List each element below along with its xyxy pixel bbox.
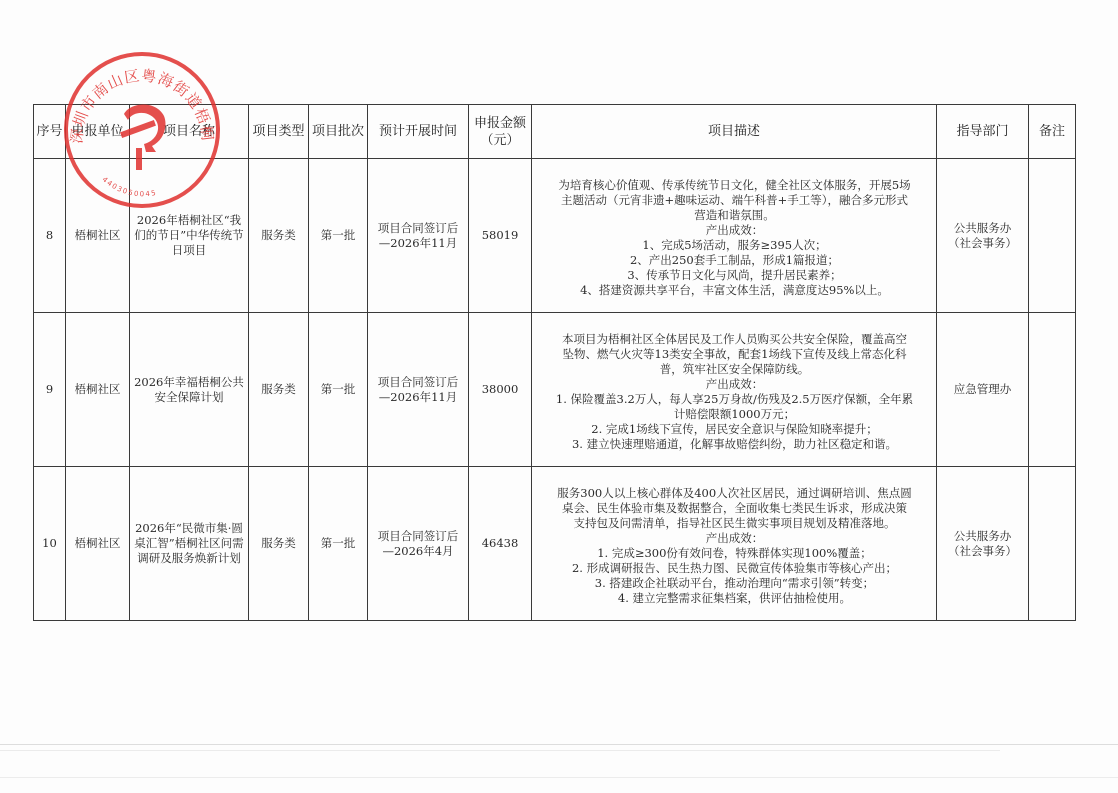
amount-value: 46438 <box>482 536 519 550</box>
dept-line-1: 公共服务办 <box>937 529 1028 544</box>
desc-line: 本项目为梧桐社区全体居民及工作人员购买公共安全保险，覆盖高空 <box>535 332 934 347</box>
cell-type: 服务类 <box>249 313 309 467</box>
header-amount: 申报金额 （元） <box>469 105 532 159</box>
time-line-2: —2026年11月 <box>368 390 468 405</box>
cell-remark <box>1029 159 1076 313</box>
cell-remark <box>1029 313 1076 467</box>
cell-seq: 9 <box>34 313 66 467</box>
desc-line: 2. 完成1场线下宣传，居民安全意识与保险知晓率提升； <box>535 422 934 437</box>
header-seq: 序号 <box>34 105 66 159</box>
cell-unit: 梧桐社区 <box>66 467 130 621</box>
cell-unit: 梧桐社区 <box>66 159 130 313</box>
dept-line-1: 公共服务办 <box>937 221 1028 236</box>
time-line-1: 项目合同签订后 <box>368 221 468 236</box>
time-line-1: 项目合同签订后 <box>368 529 468 544</box>
header-batch: 项目批次 <box>309 105 368 159</box>
seq-value: 10 <box>42 536 57 550</box>
header-name: 项目名称 <box>130 105 249 159</box>
desc-line: 1、完成5场活动，服务≥395人次； <box>535 238 934 253</box>
table-row: 8梧桐社区2026年梧桐社区“我们的节日”中华传统节日项目服务类第一批项目合同签… <box>34 159 1076 313</box>
cell-remark <box>1029 467 1076 621</box>
cell-batch: 第一批 <box>309 159 368 313</box>
type-value: 服务类 <box>261 536 296 550</box>
cell-batch: 第一批 <box>309 313 368 467</box>
unit-value: 梧桐社区 <box>75 228 121 242</box>
table-row: 10梧桐社区2026年“民微市集·圆桌汇智”梧桐社区问需调研及服务焕新计划服务类… <box>34 467 1076 621</box>
header-remark: 备注 <box>1029 105 1076 159</box>
batch-value: 第一批 <box>321 228 356 242</box>
batch-value: 第一批 <box>321 536 356 550</box>
cell-unit: 梧桐社区 <box>66 313 130 467</box>
cell-time: 项目合同签订后—2026年11月 <box>368 159 469 313</box>
header-type: 项目类型 <box>249 105 309 159</box>
header-desc: 项目描述 <box>532 105 937 159</box>
desc-line: 桌会、民生体验市集及数据整合，全面收集七类民生诉求，形成决策 <box>535 501 934 516</box>
cell-batch: 第一批 <box>309 467 368 621</box>
cell-name: 2026年幸福梧桐公共安全保障计划 <box>130 313 249 467</box>
cell-type: 服务类 <box>249 159 309 313</box>
header-dept: 指导部门 <box>937 105 1029 159</box>
time-line-2: —2026年4月 <box>368 544 468 559</box>
seq-value: 9 <box>46 382 53 396</box>
desc-line: 坠物、燃气火灾等13类安全事故，配套1场线下宣传及线上常态化科 <box>535 347 934 362</box>
project-name: 2026年“民微市集·圆桌汇智”梧桐社区问需调研及服务焕新计划 <box>134 521 243 565</box>
project-table: 序号 申报单位 项目名称 项目类型 项目批次 预计开展时间 申报金额 （元） 项… <box>33 104 1076 621</box>
desc-line: 4. 建立完整需求征集档案，供评估抽检使用。 <box>535 591 934 606</box>
cell-amount: 46438 <box>469 467 532 621</box>
dept-line-1: 应急管理办 <box>937 382 1028 397</box>
cell-desc: 服务300人以上核心群体及400人次社区居民，通过调研培训、焦点圆桌会、民生体验… <box>532 467 937 621</box>
desc-line: 2、产出250套手工制品，形成1篇报道； <box>535 253 934 268</box>
cell-amount: 38000 <box>469 313 532 467</box>
desc-line: 主题活动（元宵非遗+趣味运动、端午科普+手工等），融合多元形式 <box>535 193 934 208</box>
unit-value: 梧桐社区 <box>75 536 121 550</box>
dept-line-2: （社会事务） <box>937 236 1028 251</box>
header-amount-unit: （元） <box>469 132 531 149</box>
batch-value: 第一批 <box>321 382 356 396</box>
cell-name: 2026年梧桐社区“我们的节日”中华传统节日项目 <box>130 159 249 313</box>
desc-line: 产出成效： <box>535 377 934 392</box>
desc-line: 支持包及问需清单，指导社区民生微实事项目规划及精准落地。 <box>535 516 934 531</box>
cell-dept: 公共服务办（社会事务） <box>937 159 1029 313</box>
table-row: 9梧桐社区2026年幸福梧桐公共安全保障计划服务类第一批项目合同签订后—2026… <box>34 313 1076 467</box>
cell-dept: 应急管理办 <box>937 313 1029 467</box>
desc-line: 3. 搭建政企社联动平台，推动治理向“需求引领”转变； <box>535 576 934 591</box>
cell-time: 项目合同签订后—2026年4月 <box>368 467 469 621</box>
time-line-1: 项目合同签订后 <box>368 375 468 390</box>
cell-seq: 10 <box>34 467 66 621</box>
desc-line: 产出成效： <box>535 531 934 546</box>
table-header-row: 序号 申报单位 项目名称 项目类型 项目批次 预计开展时间 申报金额 （元） 项… <box>34 105 1076 159</box>
type-value: 服务类 <box>261 382 296 396</box>
project-name: 2026年幸福梧桐公共安全保障计划 <box>134 375 244 404</box>
cell-seq: 8 <box>34 159 66 313</box>
desc-line: 3. 建立快速理赔通道，化解事故赔偿纠纷，助力社区稳定和谐。 <box>535 437 934 452</box>
cell-desc: 本项目为梧桐社区全体居民及工作人员购买公共安全保险，覆盖高空坠物、燃气火灾等13… <box>532 313 937 467</box>
unit-value: 梧桐社区 <box>75 382 121 396</box>
desc-line: 4、搭建资源共享平台，丰富文体生活，满意度达95%以上。 <box>535 283 934 298</box>
cell-dept: 公共服务办（社会事务） <box>937 467 1029 621</box>
amount-value: 58019 <box>482 228 519 242</box>
amount-value: 38000 <box>482 382 519 396</box>
header-time: 预计开展时间 <box>368 105 469 159</box>
header-unit: 申报单位 <box>66 105 130 159</box>
desc-line: 1. 保险覆盖3.2万人，每人享25万身故/伤残及2.5万医疗保额，全年累 <box>535 392 934 407</box>
dept-line-2: （社会事务） <box>937 544 1028 559</box>
desc-line: 为培育核心价值观、传承传统节日文化，健全社区文体服务，开展5场 <box>535 178 934 193</box>
time-line-2: —2026年11月 <box>368 236 468 251</box>
cell-desc: 为培育核心价值观、传承传统节日文化，健全社区文体服务，开展5场主题活动（元宵非遗… <box>532 159 937 313</box>
desc-line: 服务300人以上核心群体及400人次社区居民，通过调研培训、焦点圆 <box>535 486 934 501</box>
desc-line: 计赔偿限额1000万元； <box>535 407 934 422</box>
desc-line: 营造和谐氛围。 <box>535 208 934 223</box>
desc-line: 产出成效： <box>535 223 934 238</box>
cell-amount: 58019 <box>469 159 532 313</box>
type-value: 服务类 <box>261 228 296 242</box>
cell-name: 2026年“民微市集·圆桌汇智”梧桐社区问需调研及服务焕新计划 <box>130 467 249 621</box>
header-amount-label: 申报金额 <box>469 115 531 132</box>
scanned-document-page: 序号 申报单位 项目名称 项目类型 项目批次 预计开展时间 申报金额 （元） 项… <box>0 0 1118 793</box>
cell-time: 项目合同签订后—2026年11月 <box>368 313 469 467</box>
desc-line: 1. 完成≥300份有效问卷，特殊群体实现100%覆盖； <box>535 546 934 561</box>
seq-value: 8 <box>46 228 53 242</box>
desc-line: 3、传承节日文化与风尚，提升居民素养； <box>535 268 934 283</box>
desc-line: 普，筑牢社区安全保障防线。 <box>535 362 934 377</box>
project-name: 2026年梧桐社区“我们的节日”中华传统节日项目 <box>134 213 243 257</box>
cell-type: 服务类 <box>249 467 309 621</box>
desc-line: 2. 形成调研报告、民生热力图、民微宣传体验集市等核心产出； <box>535 561 934 576</box>
